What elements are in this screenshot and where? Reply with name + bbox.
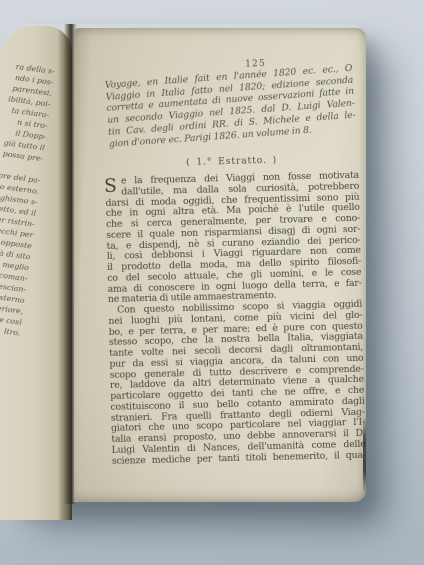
body-paragraph-2: Con questo nobilissimo scopo si viaggia … (108, 300, 366, 467)
drop-cap: S (104, 177, 117, 196)
page-text-block: 125 Voyage, en Italie fait en l'année 18… (102, 52, 366, 468)
page-block-edge (363, 416, 366, 494)
right-page: 125 Voyage, en Italie fait en l'année 18… (74, 28, 366, 502)
paragraph-1-lines: e la frequenza dei Viaggi non fosse moti… (105, 171, 362, 306)
left-page: ra della s-ndo i pos-parentesi,ibilità, … (0, 26, 72, 520)
book-photo-scene: ra della s-ndo i pos-parentesi,ibilità, … (0, 0, 424, 565)
bibliographic-header: Voyage, en Italie fait en l'année 1820 e… (105, 63, 357, 150)
body-paragraph-1: S e la frequenza dei Viaggi non fosse mo… (105, 171, 362, 306)
left-page-text-fragments: ra della s-ndo i pos-parentesi,ibilità, … (0, 58, 61, 340)
section-label: ( 1.° Estratto. ) (104, 153, 358, 170)
